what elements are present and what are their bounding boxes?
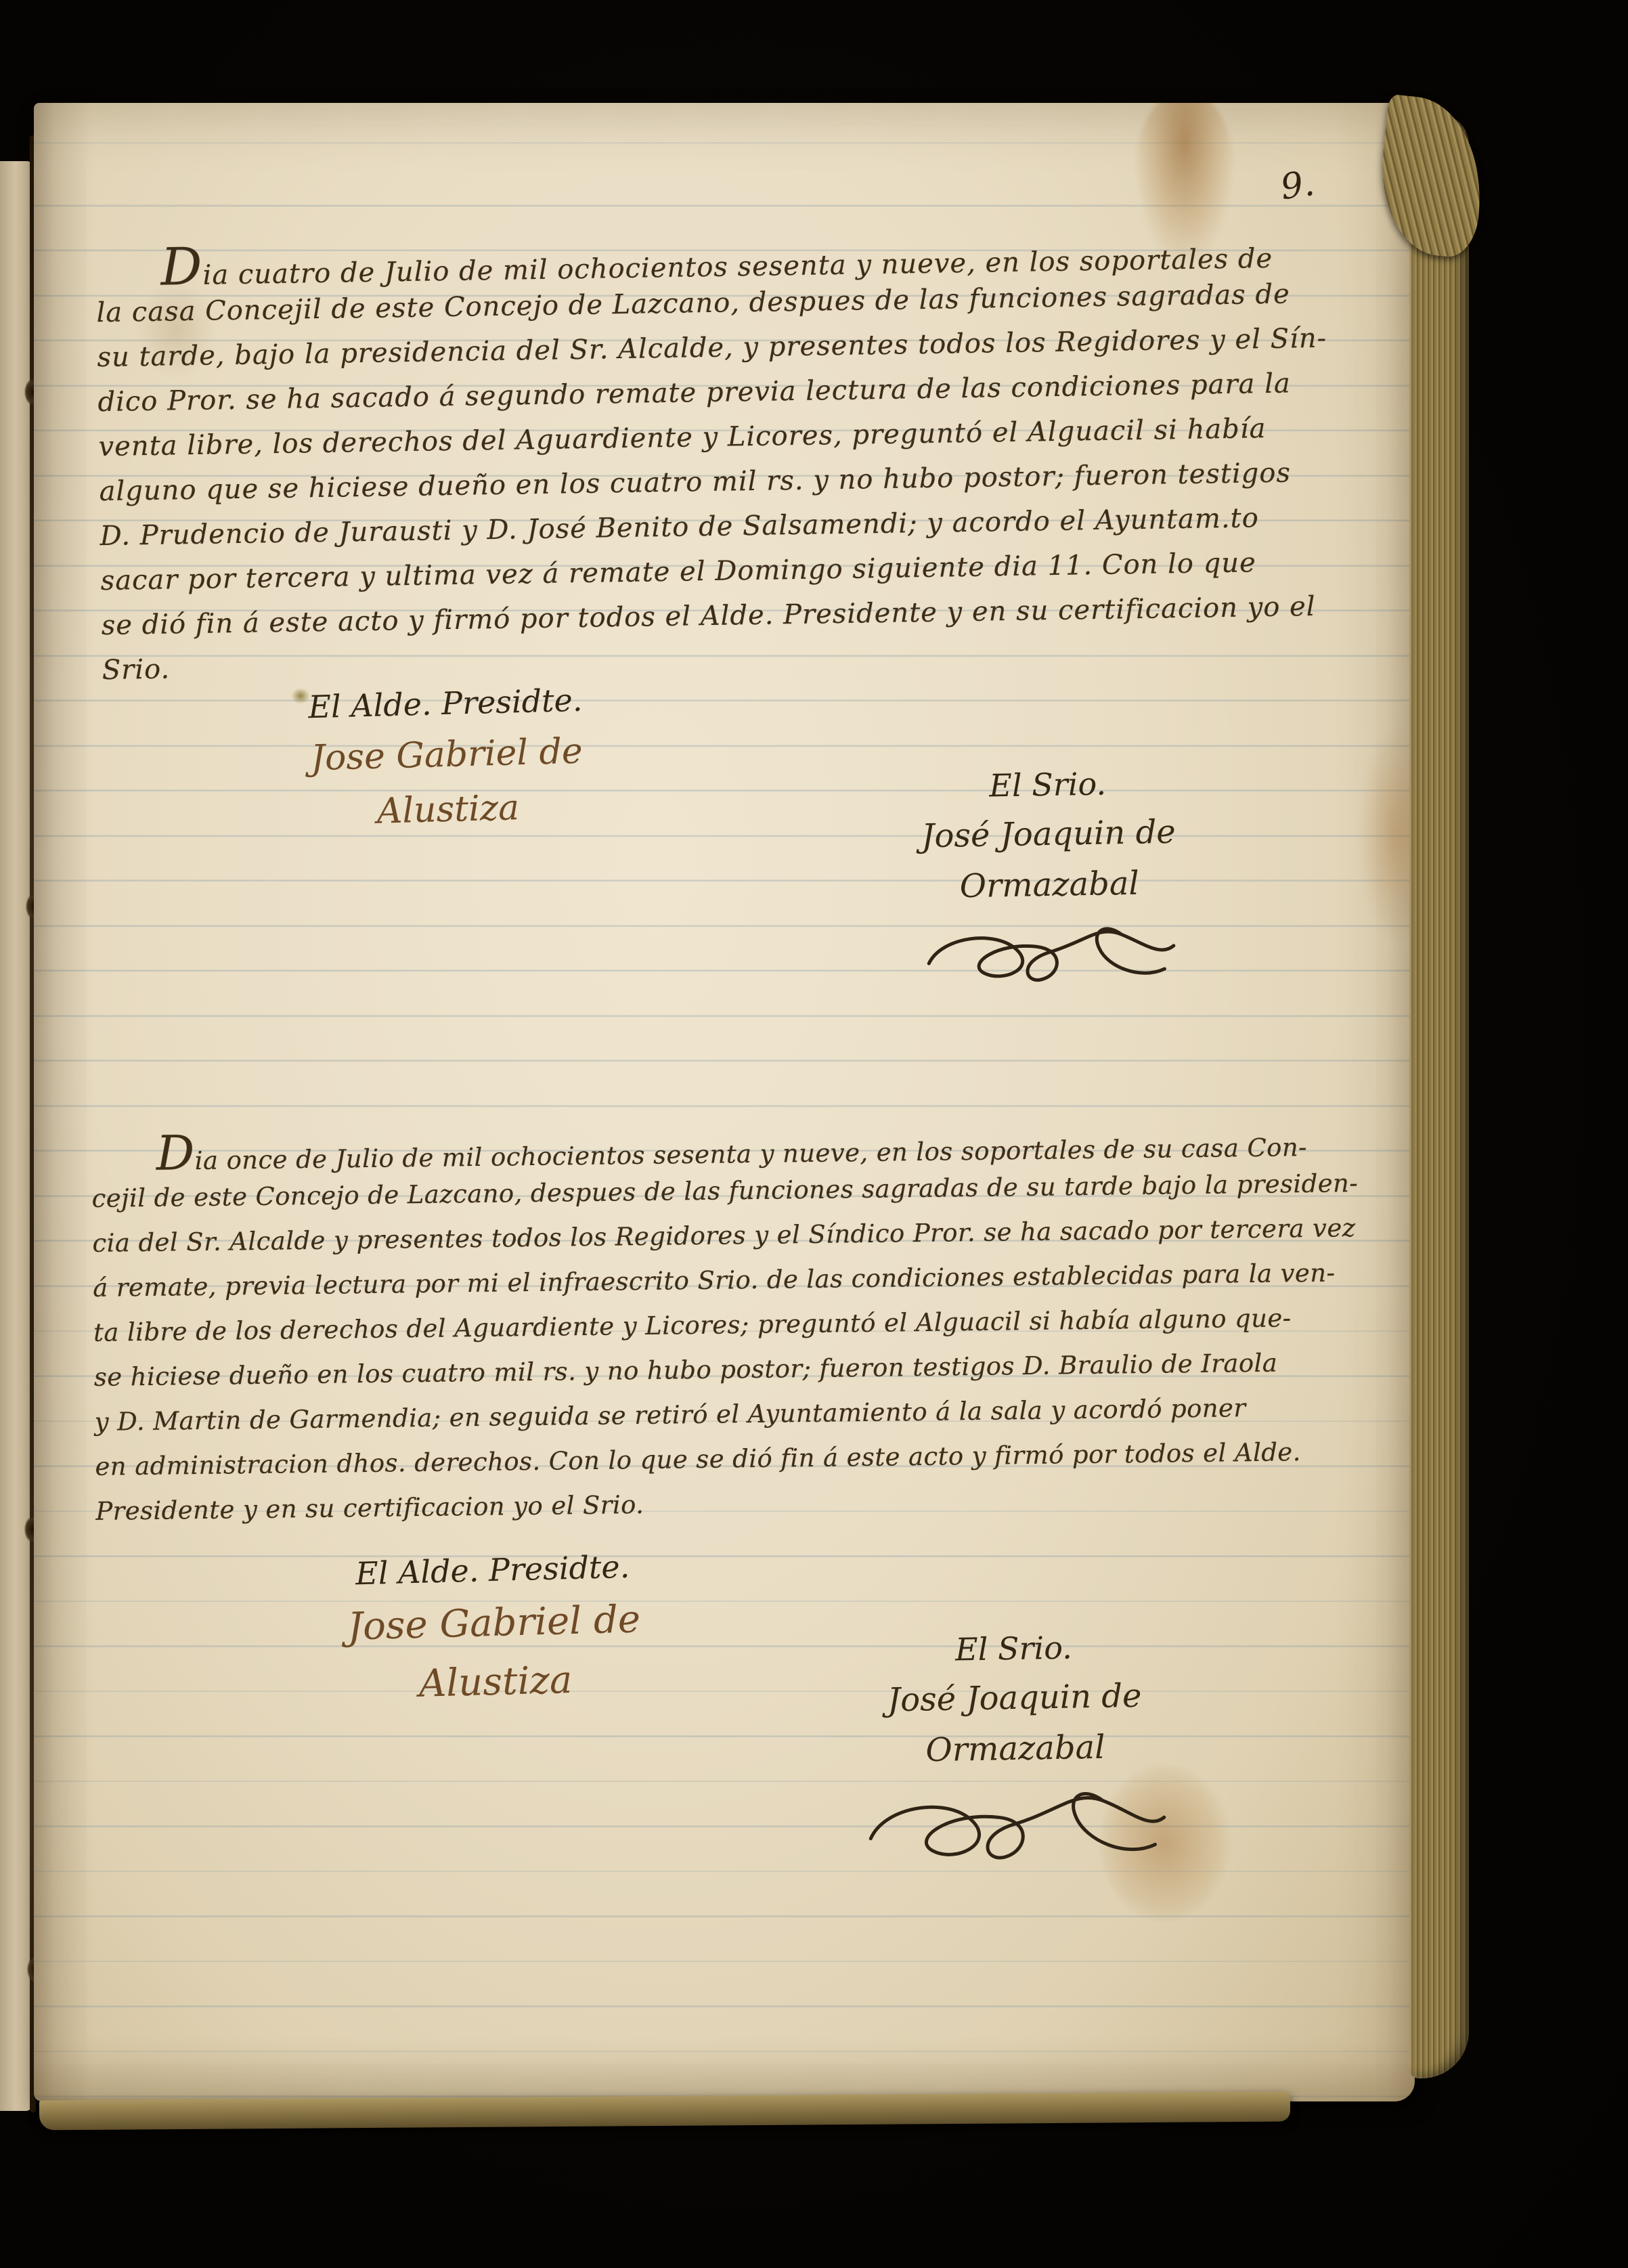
signature-name: José Joaquin de bbox=[838, 1670, 1191, 1726]
paper-stain bbox=[1358, 726, 1415, 942]
signature-name: Jose Gabriel de bbox=[284, 1589, 705, 1659]
signature-name: Jose Gabriel de bbox=[243, 722, 651, 787]
signature-name: José Joaquin de bbox=[892, 806, 1204, 862]
signature-block-president-2: El Alde. Presidte. Jose Gabriel de Alust… bbox=[282, 1541, 706, 1718]
signature-block-secretary-2: El Srio. José Joaquin de Ormazabal bbox=[837, 1621, 1193, 1875]
signature-surname: Ormazabal bbox=[839, 1720, 1191, 1776]
manuscript-page: 9. Dia cuatro de Julio de mil ochociento… bbox=[34, 103, 1415, 2101]
facing-page-sliver bbox=[0, 161, 32, 2111]
page-number: 9. bbox=[1278, 163, 1317, 208]
signature-title: El Srio. bbox=[837, 1621, 1190, 1676]
fore-edge-pages bbox=[1409, 114, 1469, 2078]
signature-rubric bbox=[860, 1775, 1173, 1875]
signature-block-president-1: El Alde. Presidte. Jose Gabriel de Alust… bbox=[242, 674, 652, 842]
minute-entry-july-4: Dia cuatro de Julio de mil ochocientos s… bbox=[95, 225, 1409, 693]
signature-title: El Srio. bbox=[892, 758, 1204, 812]
signature-surname: Alustiza bbox=[244, 777, 652, 842]
photo-backdrop: 9. Dia cuatro de Julio de mil ochociento… bbox=[0, 0, 1628, 2268]
signature-block-secretary-1: El Srio. José Joaquin de Ormazabal bbox=[892, 758, 1207, 991]
signature-rubric bbox=[921, 912, 1180, 991]
signature-surname: Ormazabal bbox=[894, 857, 1206, 913]
minute-entry-july-11: Dia once de Julio de mil ochocientos ses… bbox=[91, 1116, 1415, 1534]
signature-surname: Alustiza bbox=[285, 1648, 706, 1718]
